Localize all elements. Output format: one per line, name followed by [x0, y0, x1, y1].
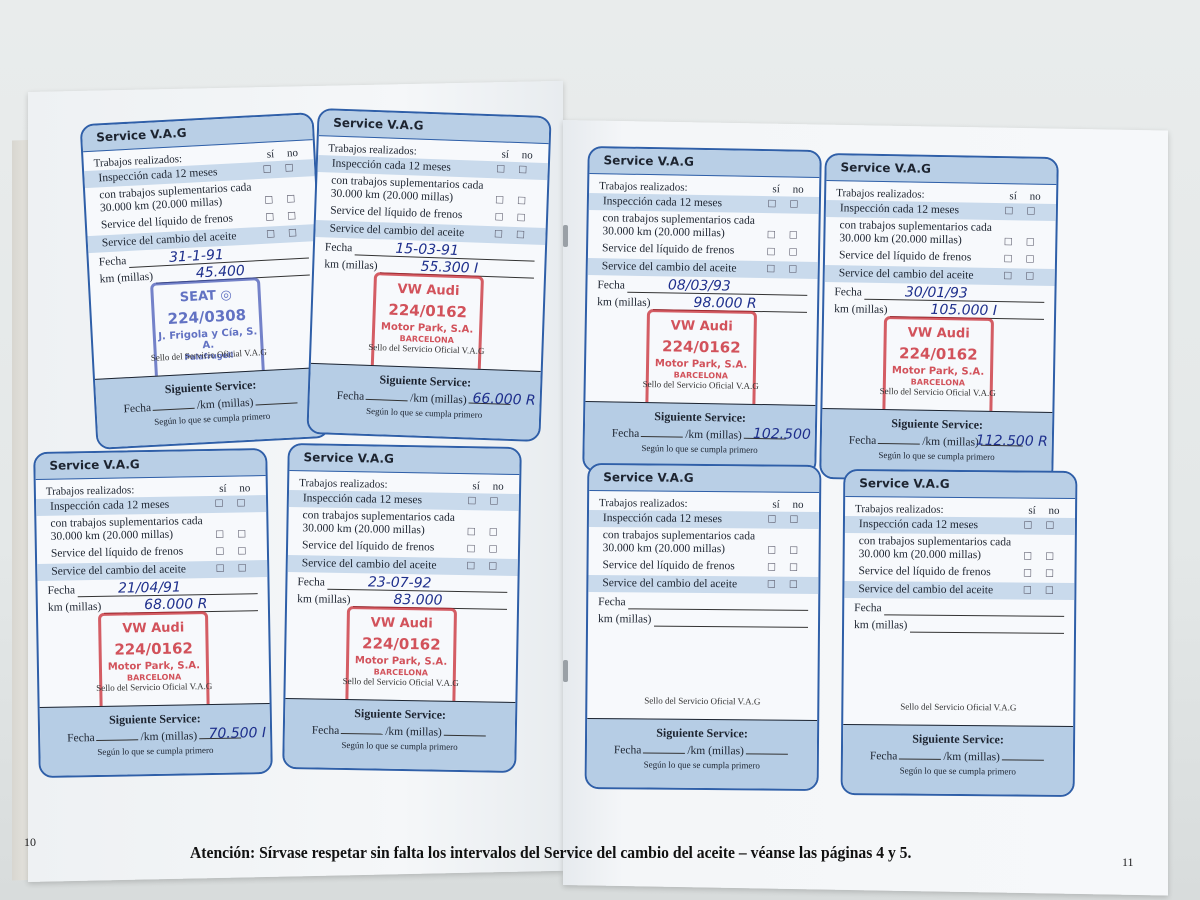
vw-audi-logo-icon: VW Audi: [650, 318, 754, 335]
whichever-first-note: Según lo que se cumpla primero: [822, 449, 1052, 463]
next-km-field[interactable]: [444, 735, 486, 737]
next-service-section: Siguiente Service: Fecha/km (millas) Seg…: [587, 718, 818, 789]
checkbox-yes[interactable]: ☐: [760, 230, 782, 242]
item-brake-fluid: Service del líquido de frenos ☐ ☐: [854, 563, 1064, 582]
next-service-section: Siguiente Service: Fecha/km (millas) Seg…: [284, 698, 515, 771]
handwritten-date: 31-1-91: [169, 247, 224, 266]
dealer-stamp: VW Audi 224/0162 Motor Park, S.A. BARCEL…: [882, 316, 994, 418]
next-km-field[interactable]: [1002, 759, 1044, 760]
dealer-stamp: VW Audi 224/0162 Motor Park, S.A. BARCEL…: [645, 309, 757, 411]
checkbox-yes[interactable]: ☐: [760, 247, 782, 259]
yes-header: sí: [212, 483, 234, 496]
checkbox-yes[interactable]: ☐: [1016, 569, 1038, 581]
checkbox-yes[interactable]: ☐: [760, 563, 782, 575]
checkbox-yes[interactable]: ☐: [761, 515, 783, 527]
date-field[interactable]: Fecha 30/01/93: [834, 286, 1044, 303]
yes-header: sí: [1002, 190, 1024, 203]
checkbox-no[interactable]: ☐: [782, 230, 804, 242]
no-header: no: [787, 183, 809, 196]
checkbox-no[interactable]: ☐: [231, 563, 253, 575]
checkbox-yes[interactable]: ☐: [258, 195, 281, 208]
checkbox-no[interactable]: ☐: [1038, 569, 1060, 581]
checkbox-yes[interactable]: ☐: [760, 264, 782, 276]
date-field[interactable]: Fecha 23-07-92: [297, 576, 507, 593]
card-header: Service V.A.G: [826, 155, 1056, 185]
date-field[interactable]: Fecha 08/03/93: [597, 279, 807, 296]
no-header: no: [487, 480, 509, 493]
checkbox-no[interactable]: ☐: [231, 546, 253, 558]
vw-audi-logo-icon: SEAT ◎: [153, 286, 258, 306]
item-brake-fluid: Service del líquido de frenos ☐ ☐: [598, 557, 808, 576]
service-card-p11-bottom: Service V.A.G Trabajos realizados: sí no…: [585, 463, 822, 791]
item-supplementary: con trabajos suplementarios cada 30.000 …: [835, 217, 1045, 251]
checkbox-yes[interactable]: ☐: [489, 164, 511, 176]
vw-audi-logo-icon: VW Audi: [101, 620, 205, 637]
next-km-field[interactable]: [746, 753, 788, 754]
whichever-first-note: Según lo que se cumpla primero: [843, 765, 1073, 777]
item-supplementary: con trabajos suplementarios cada 30.000 …: [598, 210, 808, 244]
date-field[interactable]: Fecha: [598, 596, 808, 611]
item-oil-change: Service del cambio del aceite ☐ ☐: [588, 575, 818, 594]
checkbox-no[interactable]: ☐: [280, 194, 303, 207]
next-date-field[interactable]: [366, 399, 408, 401]
service-card-p10-bottom: Service V.A.G Trabajos realizados: sí no…: [33, 448, 273, 778]
checkbox-no[interactable]: ☐: [1019, 237, 1041, 249]
checkbox-yes[interactable]: ☐: [997, 254, 1019, 266]
next-service-title: Siguiente Service:: [822, 415, 1052, 434]
next-date-field[interactable]: [341, 733, 383, 735]
checkbox-yes[interactable]: ☐: [1016, 586, 1038, 598]
checkbox-no[interactable]: ☐: [783, 200, 805, 212]
checkbox-yes[interactable]: ☐: [761, 545, 783, 557]
checkbox-no[interactable]: ☐: [509, 230, 531, 242]
stamp-number: 224/0162: [375, 300, 480, 322]
dealer-stamp: SEAT ◎ 224/0308 J. Frigola y Cía, S. A. …: [150, 277, 265, 383]
date-field[interactable]: Fecha 21/04/91: [47, 581, 257, 598]
yes-header: sí: [465, 480, 487, 493]
next-service-title: Siguiente Service:: [285, 705, 515, 724]
stamp-number: 224/0308: [154, 305, 259, 328]
checkbox-no[interactable]: ☐: [483, 497, 505, 509]
stamp-number: 224/0162: [349, 634, 453, 654]
checkbox-no[interactable]: ☐: [278, 163, 301, 176]
checkbox-yes[interactable]: ☐: [1017, 551, 1039, 563]
checkbox-yes[interactable]: ☐: [761, 199, 783, 211]
card-header: Service V.A.G: [289, 445, 519, 475]
item-supplementary: con trabajos suplementarios cada 30.000 …: [46, 512, 256, 546]
checkbox-no[interactable]: ☐: [510, 196, 532, 208]
checkbox-yes[interactable]: ☐: [209, 564, 231, 576]
checkbox-yes[interactable]: ☐: [460, 561, 482, 573]
stamp-name: Motor Park, S.A.: [349, 655, 453, 668]
whichever-first-note: Según lo que se cumpla primero: [585, 442, 815, 456]
item-supplementary: con trabajos suplementarios cada 30.000 …: [855, 533, 1065, 565]
next-date-field[interactable]: [641, 436, 683, 438]
card-header: Service V.A.G: [589, 465, 819, 493]
service-card-p11-top-2: Service V.A.G Trabajos realizados: sí no…: [819, 153, 1059, 483]
card-header: Service V.A.G: [35, 450, 265, 480]
yes-header: sí: [494, 148, 516, 161]
next-service-section: Siguiente Service: Fecha/km (millas) 70.…: [40, 703, 271, 776]
dealer-stamp: VW Audi 224/0162 Motor Park, S.A. BARCEL…: [98, 611, 210, 713]
checkbox-no[interactable]: ☐: [511, 165, 533, 177]
checkbox-no[interactable]: ☐: [1020, 207, 1042, 219]
checkbox-yes[interactable]: ☐: [488, 212, 510, 224]
no-header: no: [1043, 505, 1065, 518]
handwritten-date: 30/01/93: [905, 284, 968, 301]
checkbox-yes[interactable]: ☐: [460, 527, 482, 539]
next-km-field[interactable]: [256, 402, 298, 405]
checkbox-no[interactable]: ☐: [782, 563, 804, 575]
handwritten-date: 23-07-92: [368, 574, 432, 591]
yes-header: sí: [259, 148, 282, 162]
next-service-title: Siguiente Service:: [587, 725, 817, 742]
checkbox-yes[interactable]: ☐: [460, 544, 482, 556]
works-label: Trabajos realizados:: [855, 503, 944, 516]
checkbox-no[interactable]: ☐: [782, 580, 804, 592]
vw-audi-logo-icon: VW Audi: [350, 615, 454, 632]
checkbox-yes[interactable]: ☐: [760, 580, 782, 592]
checkbox-yes[interactable]: ☐: [256, 164, 279, 177]
next-service-section: Siguiente Service: Fecha/km (millas) Seg…: [95, 367, 328, 448]
yes-header: sí: [765, 499, 787, 512]
checkbox-no[interactable]: ☐: [1039, 551, 1061, 563]
checkbox-yes[interactable]: ☐: [488, 195, 510, 207]
checkbox-no[interactable]: ☐: [482, 562, 504, 574]
handwritten-date: 08/03/93: [668, 277, 731, 294]
checkbox-no[interactable]: ☐: [1019, 272, 1041, 284]
no-header: no: [281, 147, 304, 161]
checkbox-no[interactable]: ☐: [510, 213, 532, 225]
checkbox-yes[interactable]: ☐: [461, 496, 483, 508]
seal-label: Sello del Servicio Oficial V.A.G: [39, 680, 269, 694]
item-oil-change: Service del cambio del aceite ☐ ☐: [37, 560, 267, 581]
item-oil-change: Service del cambio del aceite ☐ ☐: [825, 265, 1055, 286]
checkbox-yes[interactable]: ☐: [209, 529, 231, 541]
checkbox-yes[interactable]: ☐: [997, 237, 1019, 249]
checkbox-yes[interactable]: ☐: [1017, 521, 1039, 533]
handwritten-next-km: 102.500: [753, 426, 811, 443]
vw-audi-logo-icon: VW Audi: [376, 281, 480, 300]
stamp-name: Motor Park, S.A.: [102, 660, 206, 673]
handwritten-next-km: 66.000 R: [472, 391, 536, 409]
service-card-p10-bottom-2: Service V.A.G Trabajos realizados: sí no…: [282, 443, 522, 773]
seal-label: Sello del Servicio Oficial V.A.G: [843, 701, 1073, 713]
checkbox-no[interactable]: ☐: [1019, 254, 1041, 266]
dealer-stamp: VW Audi 224/0162 Motor Park, S.A. BARCEL…: [345, 606, 457, 708]
handwritten-date: 21/04/91: [118, 579, 181, 596]
km-field[interactable]: km (millas): [854, 619, 1064, 634]
stamp-number: 224/0162: [101, 639, 205, 659]
checkbox-yes[interactable]: ☐: [259, 229, 282, 242]
service-card-p11-bottom-2: Service V.A.G Trabajos realizados: sí no…: [841, 469, 1078, 797]
card-header: Service V.A.G: [589, 148, 819, 178]
no-header: no: [516, 149, 538, 162]
item-oil-change: Service del cambio del aceite ☐ ☐: [588, 258, 818, 279]
checkbox-yes[interactable]: ☐: [997, 271, 1019, 283]
checkbox-no[interactable]: ☐: [1039, 521, 1061, 533]
page-number-right: 11: [1122, 855, 1134, 870]
handwritten-next-km: 112.500 R: [976, 433, 1048, 450]
dealer-stamp: VW Audi 224/0162 Motor Park, S.A. BARCEL…: [371, 272, 484, 376]
checkbox-no[interactable]: ☐: [783, 545, 805, 557]
seal-label: Sello del Servicio Oficial V.A.G: [286, 675, 516, 689]
item-inspection: Inspección cada 12 meses ☐ ☐: [589, 510, 819, 529]
next-date-field[interactable]: [899, 758, 941, 759]
next-service-section: Siguiente Service: Fecha/km (millas) 66.…: [308, 363, 540, 440]
checkbox-no[interactable]: ☐: [482, 527, 504, 539]
page-number-left: 10: [24, 835, 36, 850]
item-inspection: Inspección cada 12 meses ☐ ☐: [845, 516, 1075, 535]
date-field[interactable]: Fecha: [854, 602, 1064, 617]
checkbox-yes[interactable]: ☐: [259, 212, 282, 225]
next-date-field[interactable]: [153, 408, 195, 411]
seal-label: Sello del Servicio Oficial V.A.G: [586, 378, 816, 392]
checkbox-yes[interactable]: ☐: [998, 206, 1020, 218]
checkbox-no[interactable]: ☐: [281, 228, 304, 241]
next-date-field[interactable]: [97, 739, 139, 741]
staple-bottom: [563, 660, 568, 682]
next-date-field[interactable]: [878, 443, 920, 445]
no-header: no: [1024, 190, 1046, 203]
checkbox-no[interactable]: ☐: [783, 515, 805, 527]
no-header: no: [234, 482, 256, 495]
whichever-first-note: Según lo que se cumpla primero: [285, 739, 515, 753]
card-header: Service V.A.G: [845, 471, 1075, 499]
service-card-p10-top-2: Service V.A.G Trabajos realizados: sí no…: [306, 108, 551, 442]
item-supplementary: con trabajos suplementarios cada 30.000 …: [599, 527, 809, 559]
staple-top: [563, 225, 568, 247]
vw-audi-logo-icon: VW Audi: [887, 325, 991, 342]
checkbox-no[interactable]: ☐: [782, 247, 804, 259]
stamp-name: Motor Park, S.A.: [886, 365, 990, 378]
next-service-title: Siguiente Service:: [843, 731, 1073, 748]
handwritten-next-km: 70.500 I: [208, 725, 266, 742]
checkbox-no[interactable]: ☐: [482, 544, 504, 556]
whichever-first-note: Según lo que se cumpla primero: [40, 744, 270, 758]
item-oil-change: Service del cambio del aceite ☐ ☐: [288, 555, 518, 576]
whichever-first-note: Según lo que se cumpla primero: [587, 759, 817, 771]
seal-label: Sello del Servicio Oficial V.A.G: [587, 695, 817, 707]
checkbox-no[interactable]: ☐: [280, 211, 303, 224]
stamp-name: Motor Park, S.A.: [649, 358, 753, 371]
km-field[interactable]: km (millas): [598, 613, 808, 628]
seal-label: Sello del Servicio Oficial V.A.G: [823, 385, 1053, 399]
handwritten-date: 15-03-91: [395, 241, 459, 259]
service-card-p11-top: Service V.A.G Trabajos realizados: sí no…: [582, 146, 822, 476]
next-service-section: Siguiente Service: Fecha/km (millas) Seg…: [843, 724, 1074, 795]
item-supplementary: con trabajos suplementarios cada 30.000 …: [298, 507, 508, 541]
item-oil-change: Service del cambio del aceite ☐ ☐: [844, 581, 1074, 600]
checkbox-no[interactable]: ☐: [1038, 586, 1060, 598]
stamp-number: 224/0162: [886, 344, 990, 364]
works-label: Trabajos realizados:: [599, 497, 688, 510]
no-header: no: [787, 499, 809, 512]
yes-header: sí: [765, 183, 787, 196]
next-date-field[interactable]: [643, 752, 685, 753]
stamp-number: 224/0162: [649, 337, 753, 357]
oil-change-notice: Atención: Sírvase respetar sin falta los…: [190, 843, 911, 863]
checkbox-no[interactable]: ☐: [230, 499, 252, 511]
checkbox-yes[interactable]: ☐: [487, 229, 509, 241]
yes-header: sí: [1021, 505, 1043, 518]
service-booklet: Service V.A.G Trabajos realizados: sí no…: [0, 0, 1200, 900]
checkbox-yes[interactable]: ☐: [209, 547, 231, 559]
checkbox-yes[interactable]: ☐: [208, 499, 230, 511]
service-card-p10-top: Service V.A.G Trabajos realizados: sí no…: [80, 112, 331, 450]
checkbox-no[interactable]: ☐: [231, 529, 253, 541]
next-service-title: Siguiente Service:: [585, 408, 815, 427]
checkbox-no[interactable]: ☐: [782, 265, 804, 277]
